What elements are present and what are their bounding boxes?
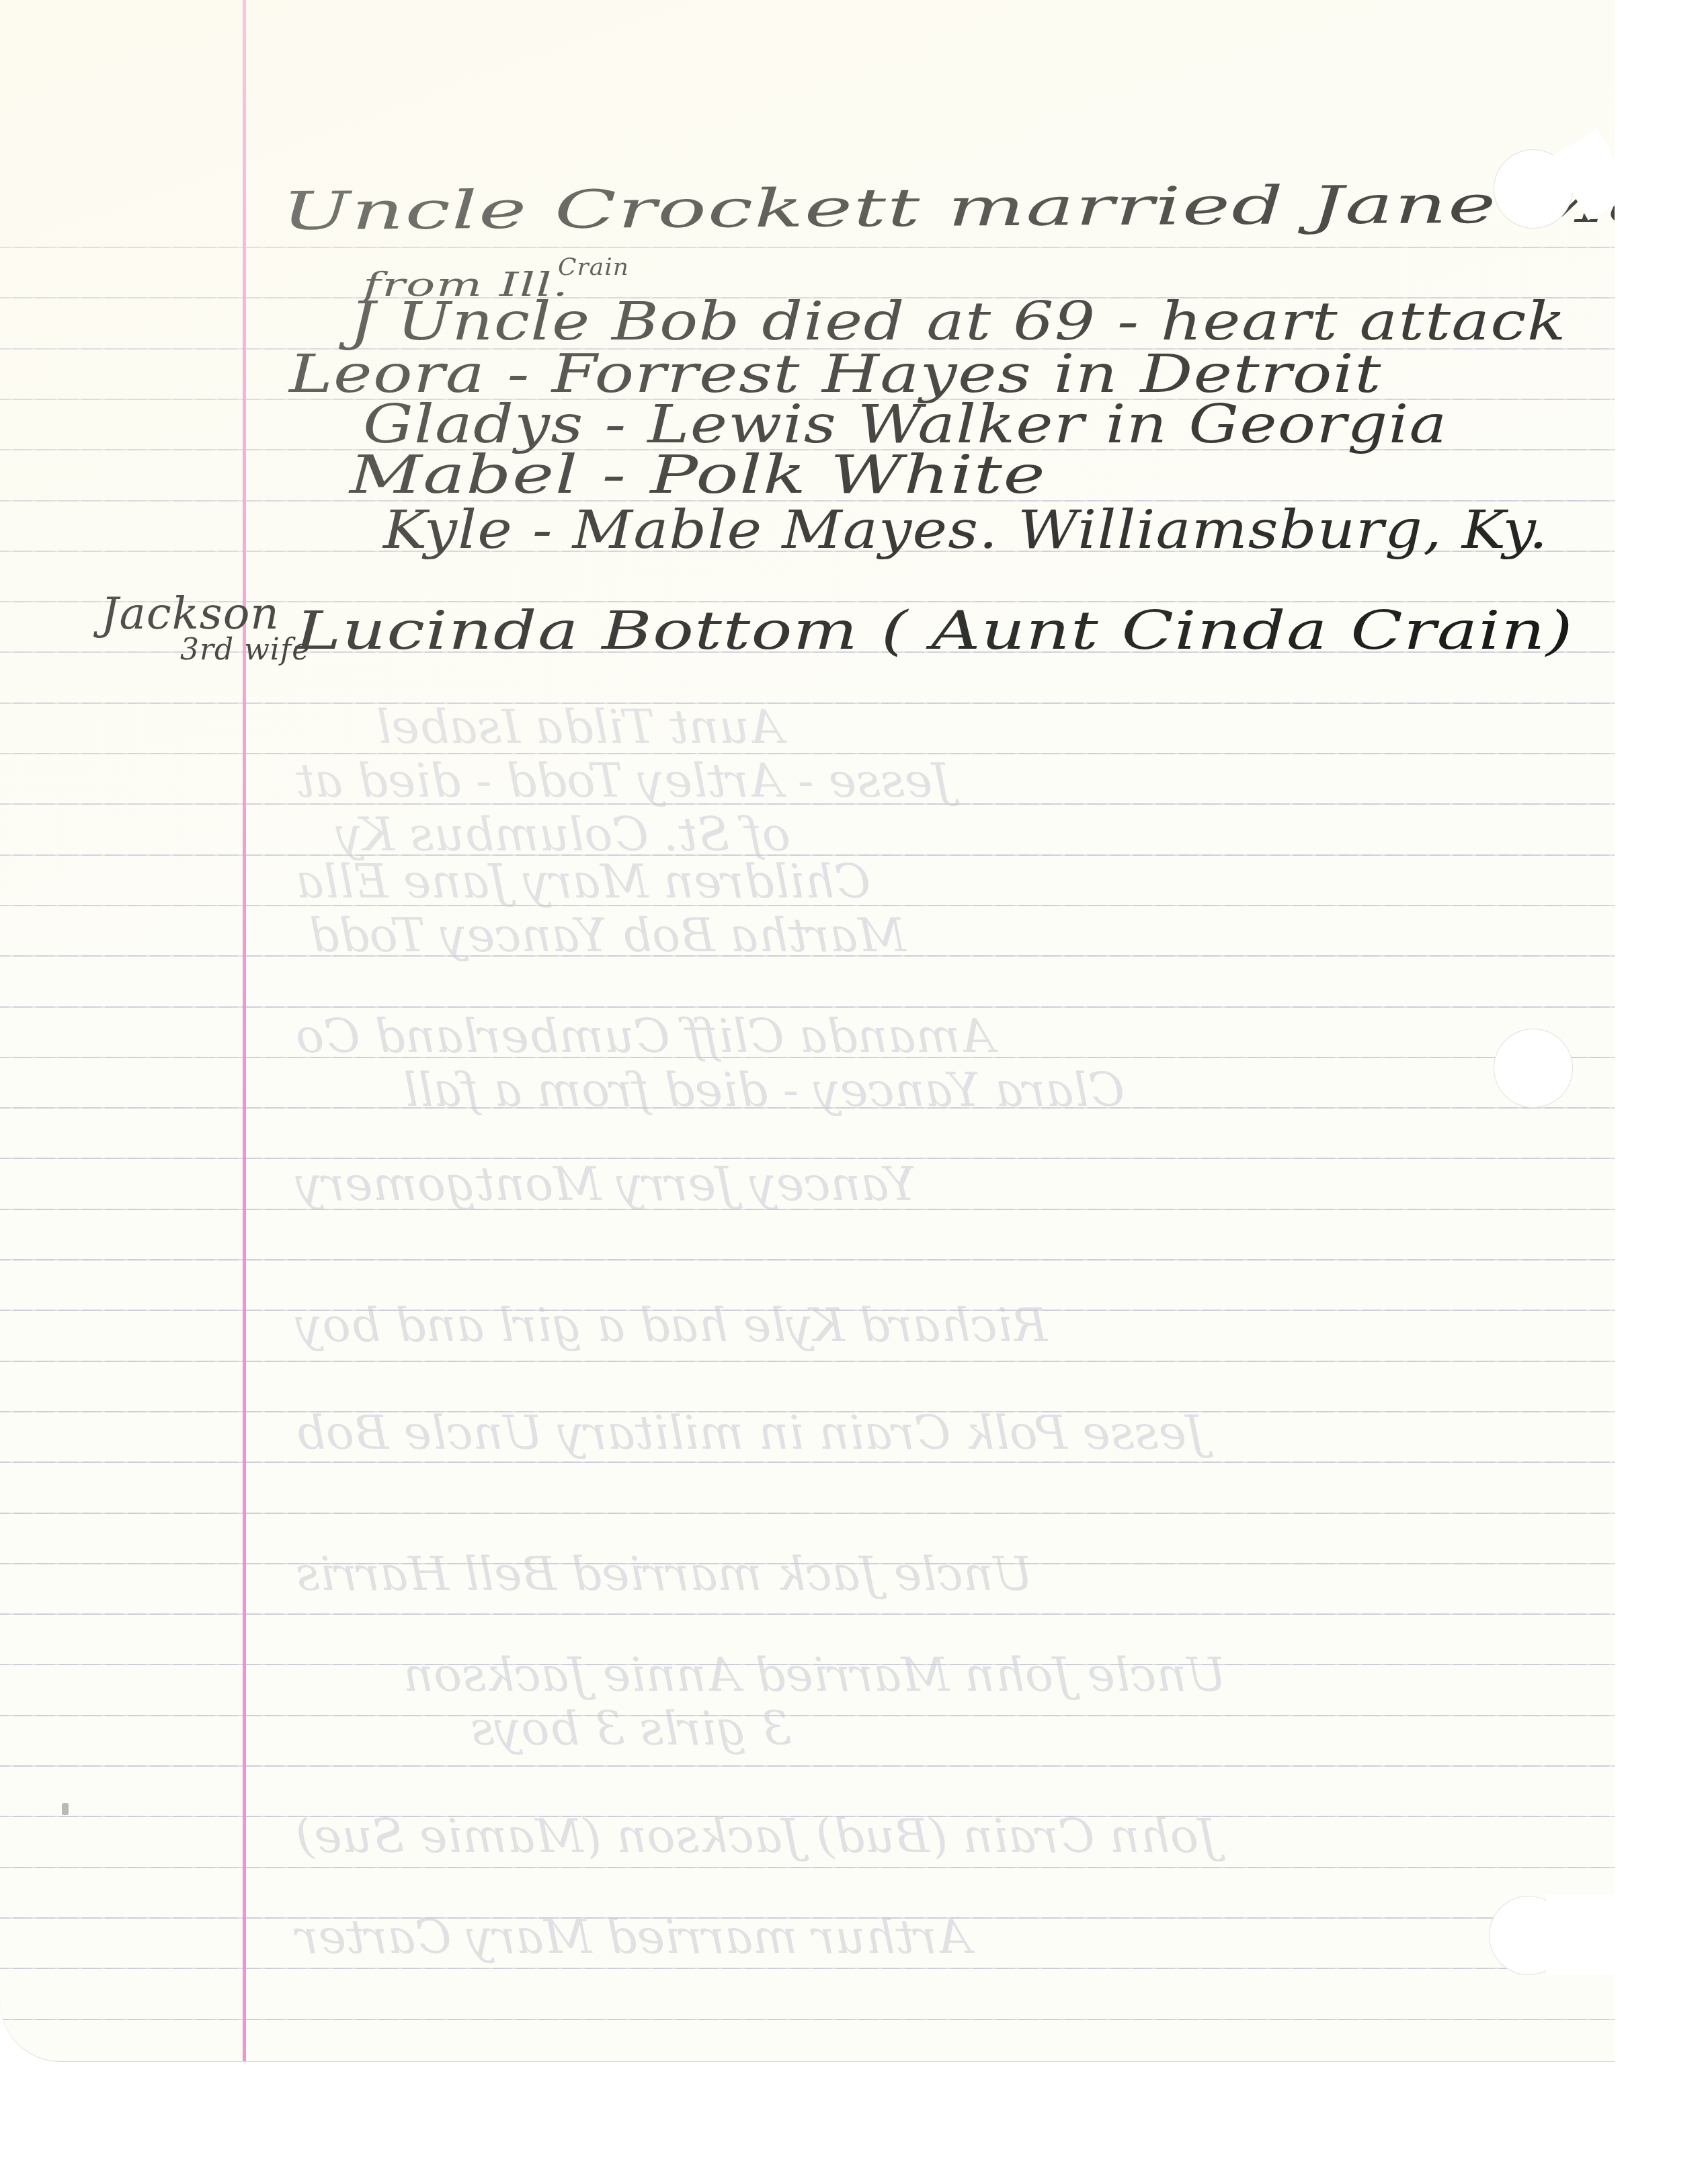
notebook-paper-sheet: Aunt Tilda Isabel Jesse - Artley Todd - … [0,0,1615,2061]
handwritten-line-8-prefix: Jackson [101,592,280,636]
ink-speck [62,1803,69,1815]
handwritten-annotation-crain: Crain [558,255,629,280]
bleed-through-text: Arthur married Mary Carter [296,1909,971,1964]
hole-punch-middle [1494,1029,1573,1108]
handwritten-line-3: J Uncle Bob died at 69 - heart attack [350,296,1567,348]
torn-paper-edge-bottom [1546,1894,1620,1975]
bleed-through-text: Children Mary Jane Ella [296,854,870,909]
handwritten-line-1: Uncle Crockett married Jane Mattox [282,177,1615,238]
bleed-through-text: Uncle John Married Annie Jackson [403,1647,1227,1702]
bleed-through-text: Martha Bob Yancey Todd [309,908,906,963]
handwritten-line-7: Kyle - Mable Mayes. Williamsburg, Ky. [383,504,1548,557]
bleed-through-text: Amanda Cliff Cumberland Co [296,1008,994,1064]
handwritten-line-6: Mabel - Polk White [350,449,1046,502]
bleed-through-text: Clara Yancey - died from a fall [403,1062,1125,1117]
bleed-through-text: Aunt Tilda Isabel [376,699,783,754]
bleed-through-text: Uncle Jack married Bell Harris [296,1546,1033,1601]
handwritten-line-8: Lucinda Bottom ( Aunt Cinda Crain) [296,605,1574,657]
bleed-through-text: Jesse - Artley Todd - died at [296,753,951,808]
bleed-through-text: Richard Kyle had a girl and boy [296,1297,1048,1353]
handwritten-annotation-3rd-wife: 3rd wife [180,635,310,665]
bleed-through-text: Yancey Jerry Montgomery [296,1156,916,1211]
bleed-through-text: John Crain (Bud) Jackson (Mamie Sue) [296,1808,1217,1864]
bleed-through-text: 3 girls 3 boys [471,1701,791,1756]
handwritten-line-5: Gladys - Lewis Walker in Georgia [363,399,1448,451]
handwritten-line-4: Leora - Forrest Hayes in Detroit [289,348,1382,401]
margin-line [243,0,246,2061]
bleed-through-text: Jesse Polk Crain in military Uncle Bob [296,1405,1205,1460]
